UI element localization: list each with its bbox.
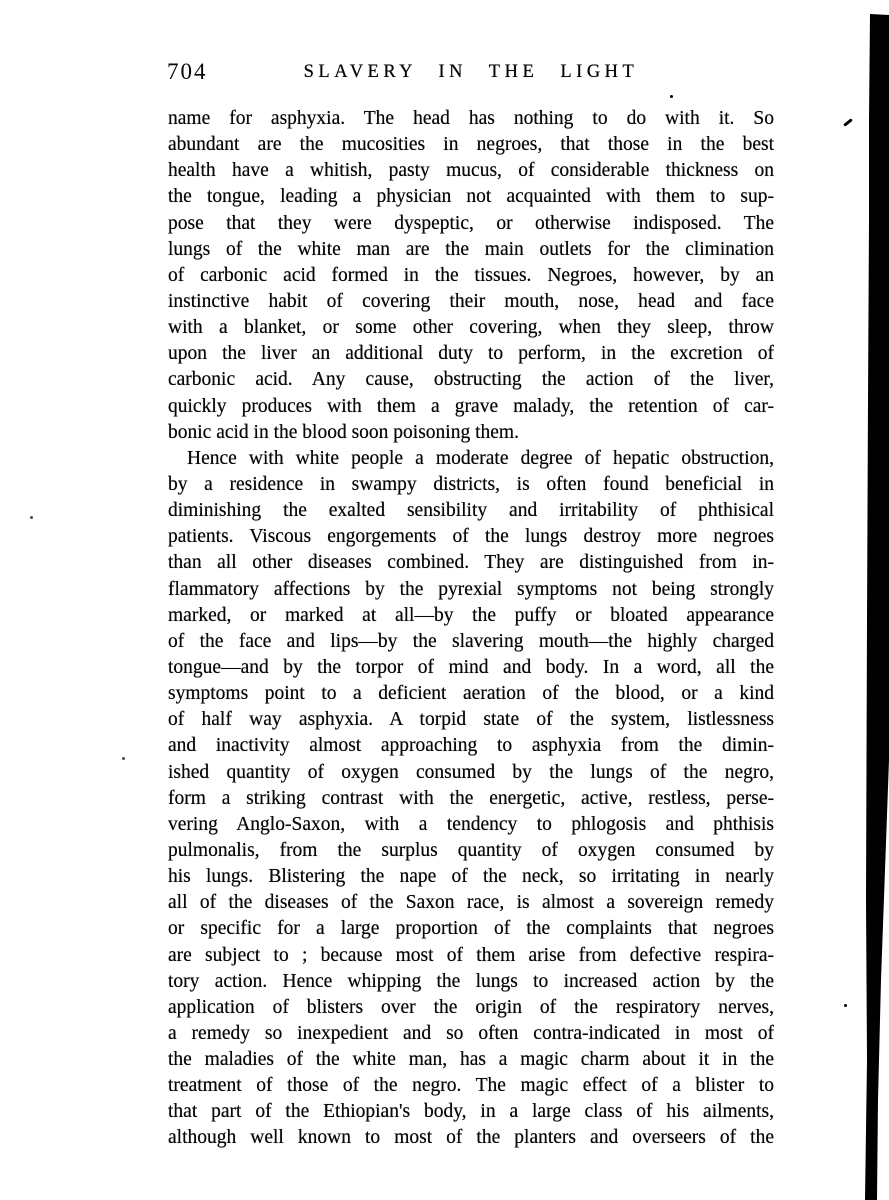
text-line: the maladies of the white man, has a mag… — [168, 1047, 774, 1073]
text-line: pose that they were dyspeptic, or otherw… — [168, 211, 774, 237]
text-line: lungs of the white man are the main outl… — [168, 237, 774, 263]
text-line: and inactivity almost approaching to asp… — [168, 733, 774, 759]
text-line: carbonic acid. Any cause, obstructing th… — [168, 367, 774, 393]
scan-edge-artifact — [859, 0, 889, 1200]
text-line: symptoms point to a deficient aeration o… — [168, 681, 774, 707]
ink-speck — [843, 118, 853, 127]
text-line-paragraph-start: Hence with white people a moderate degre… — [168, 446, 774, 472]
scan-gutter-bar — [859, 0, 889, 1200]
text-line: marked, or marked at all—by the puffy or… — [168, 603, 774, 629]
ink-speck — [844, 1004, 847, 1007]
text-line: upon the liver an additional duty to per… — [168, 341, 774, 367]
text-line: than all other diseases combined. They a… — [168, 550, 774, 576]
ink-speck — [122, 757, 125, 760]
page-body-text: name for asphyxia. The head has nothing … — [168, 106, 774, 1152]
text-line: vering Anglo-Saxon, with a tendency to p… — [168, 812, 774, 838]
text-line: tory action. Hence whipping the lungs to… — [168, 969, 774, 995]
text-line: of carbonic acid formed in the tissues. … — [168, 263, 774, 289]
text-line: diminishing the exalted sensibility and … — [168, 498, 774, 524]
text-line: that part of the Ethiopian's body, in a … — [168, 1099, 774, 1125]
text-line: although well known to most of the plant… — [168, 1125, 774, 1151]
text-line: of the face and lips—by the slavering mo… — [168, 629, 774, 655]
text-line: health have a whitish, pasty mucus, of c… — [168, 158, 774, 184]
text-line: a remedy so inexpedient and so often con… — [168, 1021, 774, 1047]
ink-speck — [670, 95, 673, 98]
text-line: the tongue, leading a physician not acqu… — [168, 184, 774, 210]
text-line: his lungs. Blistering the nape of the ne… — [168, 864, 774, 890]
text-line: pulmonalis, from the surplus quantity of… — [168, 838, 774, 864]
ink-speck — [30, 516, 33, 519]
text-line: all of the diseases of the Saxon race, i… — [168, 890, 774, 916]
text-line: by a residence in swampy districts, is o… — [168, 472, 774, 498]
text-line: or specific for a large proportion of th… — [168, 916, 774, 942]
text-line: tongue—and by the torpor of mind and bod… — [168, 655, 774, 681]
running-header: SLAVERY IN THE LIGHT — [168, 62, 774, 83]
text-line: instinctive habit of covering their mout… — [168, 289, 774, 315]
scanned-book-page: 704 SLAVERY IN THE LIGHT name for asphyx… — [0, 0, 889, 1200]
text-line: patients. Viscous engorgements of the lu… — [168, 524, 774, 550]
text-line: application of blisters over the origin … — [168, 995, 774, 1021]
text-line-paragraph-end: bonic acid in the blood soon poisoning t… — [168, 420, 774, 446]
text-line: of half way asphyxia. A torpid state of … — [168, 707, 774, 733]
text-line: abundant are the mucosities in negroes, … — [168, 132, 774, 158]
text-line: ished quantity of oxygen consumed by the… — [168, 760, 774, 786]
text-line: quickly produces with them a grave malad… — [168, 394, 774, 420]
text-line: are subject to ; because most of them ar… — [168, 943, 774, 969]
text-line: name for asphyxia. The head has nothing … — [168, 106, 774, 132]
text-line: flammatory affections by the pyrexial sy… — [168, 577, 774, 603]
text-line: with a blanket, or some other covering, … — [168, 315, 774, 341]
text-line: treatment of those of the negro. The mag… — [168, 1073, 774, 1099]
text-line: form a striking contrast with the energe… — [168, 786, 774, 812]
